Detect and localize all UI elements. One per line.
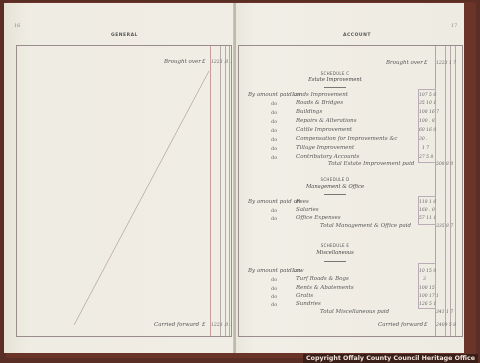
total-label: Total Estate Improvement paid xyxy=(328,161,414,167)
item-amount: 1 7 xyxy=(422,146,429,151)
item-amount: 35 10 1 xyxy=(419,101,436,106)
schedule-code: SCHEDULE C xyxy=(295,71,375,76)
schedule-code: SCHEDULE E xyxy=(295,243,375,248)
item-amount: 118 1 6 xyxy=(419,200,436,205)
ditto-mark: do xyxy=(271,208,277,214)
item-amount: 27 5 8 xyxy=(419,155,433,160)
ditto-mark: do xyxy=(271,294,277,300)
item-label: Rents & Abatements xyxy=(296,285,354,291)
item-label: Lands Improvement xyxy=(292,92,348,98)
currency-symbol: £ xyxy=(424,60,428,66)
item-label: Cattle Improvement xyxy=(296,127,352,133)
schedule-title: Management & Office xyxy=(285,184,385,190)
item-label: Salaries xyxy=(296,207,319,213)
item-amount: 30 . xyxy=(419,137,428,142)
item-amount: 10 15 0 xyxy=(419,269,436,274)
page-header: ACCOUNT xyxy=(343,33,371,38)
item-label: Office Expenses xyxy=(296,215,341,221)
carried-forward-label: Carried forward xyxy=(378,322,423,328)
page-number: 17 xyxy=(451,23,457,29)
item-label: Compensation for Improvements &c xyxy=(296,136,397,142)
item-label: Roads & Bridges xyxy=(296,100,343,106)
carried-forward-label: Carried forward xyxy=(154,322,199,328)
item-label: Sundries xyxy=(296,301,321,307)
ditto-mark: do xyxy=(271,110,277,116)
ditto-mark: do xyxy=(271,119,277,125)
item-amount: 126 5 1 xyxy=(419,302,436,307)
item-amount: 100 17 1 xyxy=(419,294,439,299)
ditto-mark: do xyxy=(271,146,277,152)
ditto-mark: do xyxy=(271,101,277,107)
item-amount: 108 16 7 xyxy=(419,110,439,115)
item-label: Fees xyxy=(296,199,309,205)
ditto-mark: do xyxy=(271,216,277,222)
brought-over-label: Brought over xyxy=(386,60,423,66)
carried-forward-amount: 2409 5 8 xyxy=(436,323,456,328)
currency-symbol: £ xyxy=(202,322,206,328)
ditto-mark: do xyxy=(271,137,277,143)
ditto-mark: do xyxy=(271,128,277,134)
ditto-mark: do xyxy=(271,286,277,292)
schedule-title: Miscellaneous xyxy=(285,250,385,256)
total-label: Total Miscellaneous paid xyxy=(320,309,389,315)
total-label: Total Management & Office paid xyxy=(320,223,411,229)
total-amount: 335 8 7 xyxy=(436,224,453,229)
total-amount: 341 1 7 xyxy=(436,310,453,315)
item-label: Tillage Improvement xyxy=(296,145,354,151)
item-amount: 107 5 6 xyxy=(419,93,436,98)
right-page: 17 ACCOUNT Brought over £ 1223 1 7 SCHED… xyxy=(236,3,464,353)
brought-over-amount: 1223 1 7 xyxy=(436,61,456,66)
item-label: Gratis xyxy=(296,293,313,299)
carried-forward-amount: 1223 .0 . xyxy=(211,323,231,328)
item-amount: 60 16 0 xyxy=(419,128,436,133)
item-label: Turf Roads & Bogs xyxy=(296,276,349,282)
item-label: Buildings xyxy=(296,109,322,115)
item-amount: 160 . 0 xyxy=(419,208,435,213)
left-page: 16 GENERAL Brought over £ 1223 .0 . Carr… xyxy=(4,3,234,353)
cancel-diagonal-line xyxy=(4,3,234,353)
ditto-mark: do xyxy=(271,302,277,308)
item-label: Law xyxy=(292,268,304,274)
item-amount: 100 15 xyxy=(419,286,435,291)
ditto-mark: do xyxy=(271,277,277,283)
schedule-code: SCHEDULE D xyxy=(295,177,375,182)
item-amount: 3 xyxy=(423,277,426,282)
schedule-title: Estate Improvement xyxy=(285,77,385,83)
total-amount: 508 8 0 xyxy=(436,162,453,167)
item-label: Contributory Accounts xyxy=(296,154,359,160)
copyright-notice: Copyright Offaly County Council Heritage… xyxy=(303,354,478,363)
ditto-mark: do xyxy=(271,155,277,161)
currency-symbol: £ xyxy=(424,322,428,328)
item-label: Repairs & Alterations xyxy=(296,118,357,124)
lead-text: By amount paid on xyxy=(248,199,300,205)
item-amount: 100 . 8 xyxy=(419,119,435,124)
item-amount: 57 11 1 xyxy=(419,216,436,221)
